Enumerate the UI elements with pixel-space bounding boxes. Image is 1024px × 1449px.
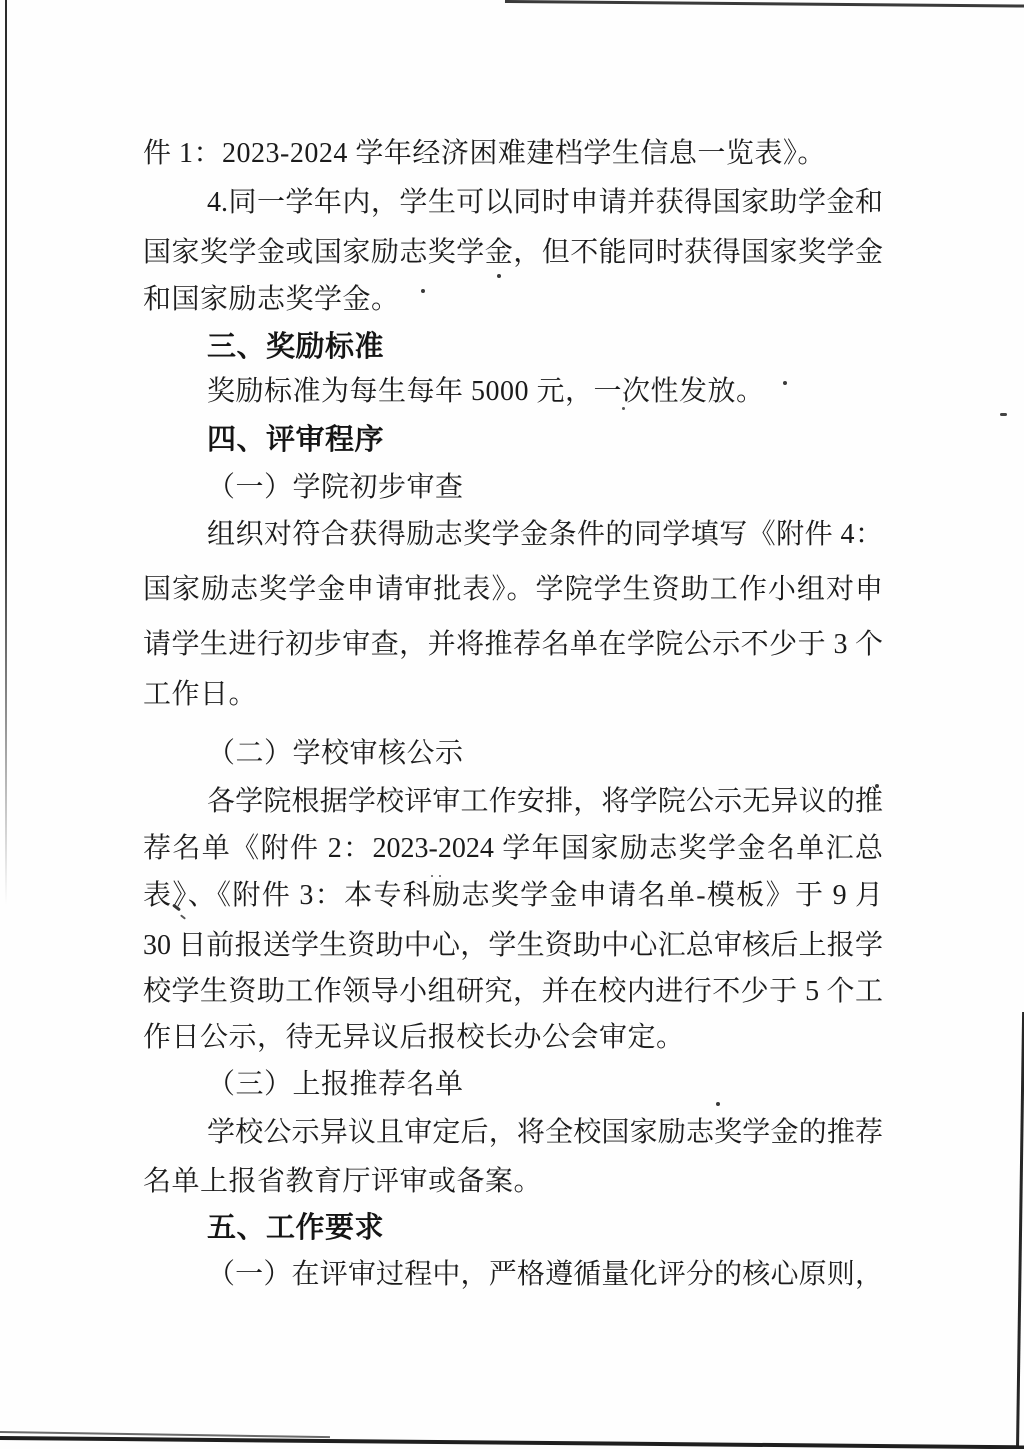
scan-speck bbox=[497, 274, 501, 278]
doc-line-reward-amount: 奖励标准为每生每年 5000 元，一次性发放。 bbox=[143, 372, 883, 412]
doc-line-attachment1-ref: 件 1：2023-2024 学年经济困难建档学生信息一览表》。 bbox=[143, 134, 883, 174]
doc-line: 各学院根据学校评审工作安排，将学院公示无异议的推 bbox=[143, 782, 883, 822]
subheading-report-recommended-list: （三）上报推荐名单 bbox=[143, 1065, 883, 1105]
doc-line: 组织对符合获得励志奖学金条件的同学填写《附件 4： bbox=[143, 515, 883, 555]
scan-speck bbox=[431, 875, 433, 877]
scan-edge-bottom bbox=[0, 1436, 1024, 1449]
doc-line: 国家励志奖学金申请审批表》。学院学生资助工作小组对申 bbox=[143, 570, 883, 610]
heading-reward-standard: 三、奖励标准 bbox=[143, 327, 883, 367]
document-page: 件 1：2023-2024 学年经济困难建档学生信息一览表》。 4.同一学年内，… bbox=[0, 0, 1024, 1449]
scan-speck bbox=[439, 875, 441, 877]
doc-line: 国家奖学金或国家励志奖学金，但不能同时获得国家奖学金 bbox=[143, 233, 883, 273]
subheading-college-initial-review: （一）学院初步审查 bbox=[143, 468, 883, 508]
doc-line: 名单上报省教育厅评审或备案。 bbox=[143, 1162, 883, 1202]
scan-speck bbox=[716, 1102, 720, 1106]
doc-line: 荐名单《附件 2：2023-2024 学年国家励志奖学金名单汇总 bbox=[143, 829, 883, 869]
doc-line: 和国家励志奖学金。 bbox=[143, 280, 883, 320]
doc-line: 30 日前报送学生资助中心，学生资助中心汇总审核后上报学 bbox=[143, 926, 883, 966]
doc-line: 4.同一学年内，学生可以同时申请并获得国家助学金和 bbox=[143, 183, 883, 223]
scan-speck bbox=[783, 381, 787, 385]
scan-speck bbox=[622, 407, 625, 410]
heading-review-procedure: 四、评审程序 bbox=[143, 420, 883, 460]
doc-line: 学校公示异议且审定后，将全校国家励志奖学金的推荐 bbox=[143, 1113, 883, 1153]
doc-line: 工作日。 bbox=[143, 675, 883, 715]
scan-edge-top bbox=[505, 0, 1024, 8]
scan-edge-right bbox=[1016, 1012, 1024, 1449]
doc-line: 请学生进行初步审查，并将推荐名单在学院公示不少于 3 个 bbox=[143, 625, 883, 665]
doc-line: 作日公示，待无异议后报校长办公会审定。 bbox=[143, 1018, 883, 1058]
scan-speck bbox=[875, 784, 879, 788]
doc-line: 校学生资助工作领导小组研究，并在校内进行不少于 5 个工 bbox=[143, 972, 883, 1012]
heading-work-requirements: 五、工作要求 bbox=[143, 1208, 883, 1248]
doc-line: （一）在评审过程中，严格遵循量化评分的核心原则， bbox=[143, 1255, 883, 1295]
scan-speck bbox=[1000, 413, 1007, 416]
subheading-school-review-publicity: （二）学校审核公示 bbox=[143, 734, 883, 774]
doc-line: 表》、《附件 3：本专科励志奖学金申请名单-模板》于 9 月 bbox=[143, 876, 883, 916]
scan-edge-left bbox=[5, 0, 7, 905]
scan-speck bbox=[421, 289, 425, 293]
